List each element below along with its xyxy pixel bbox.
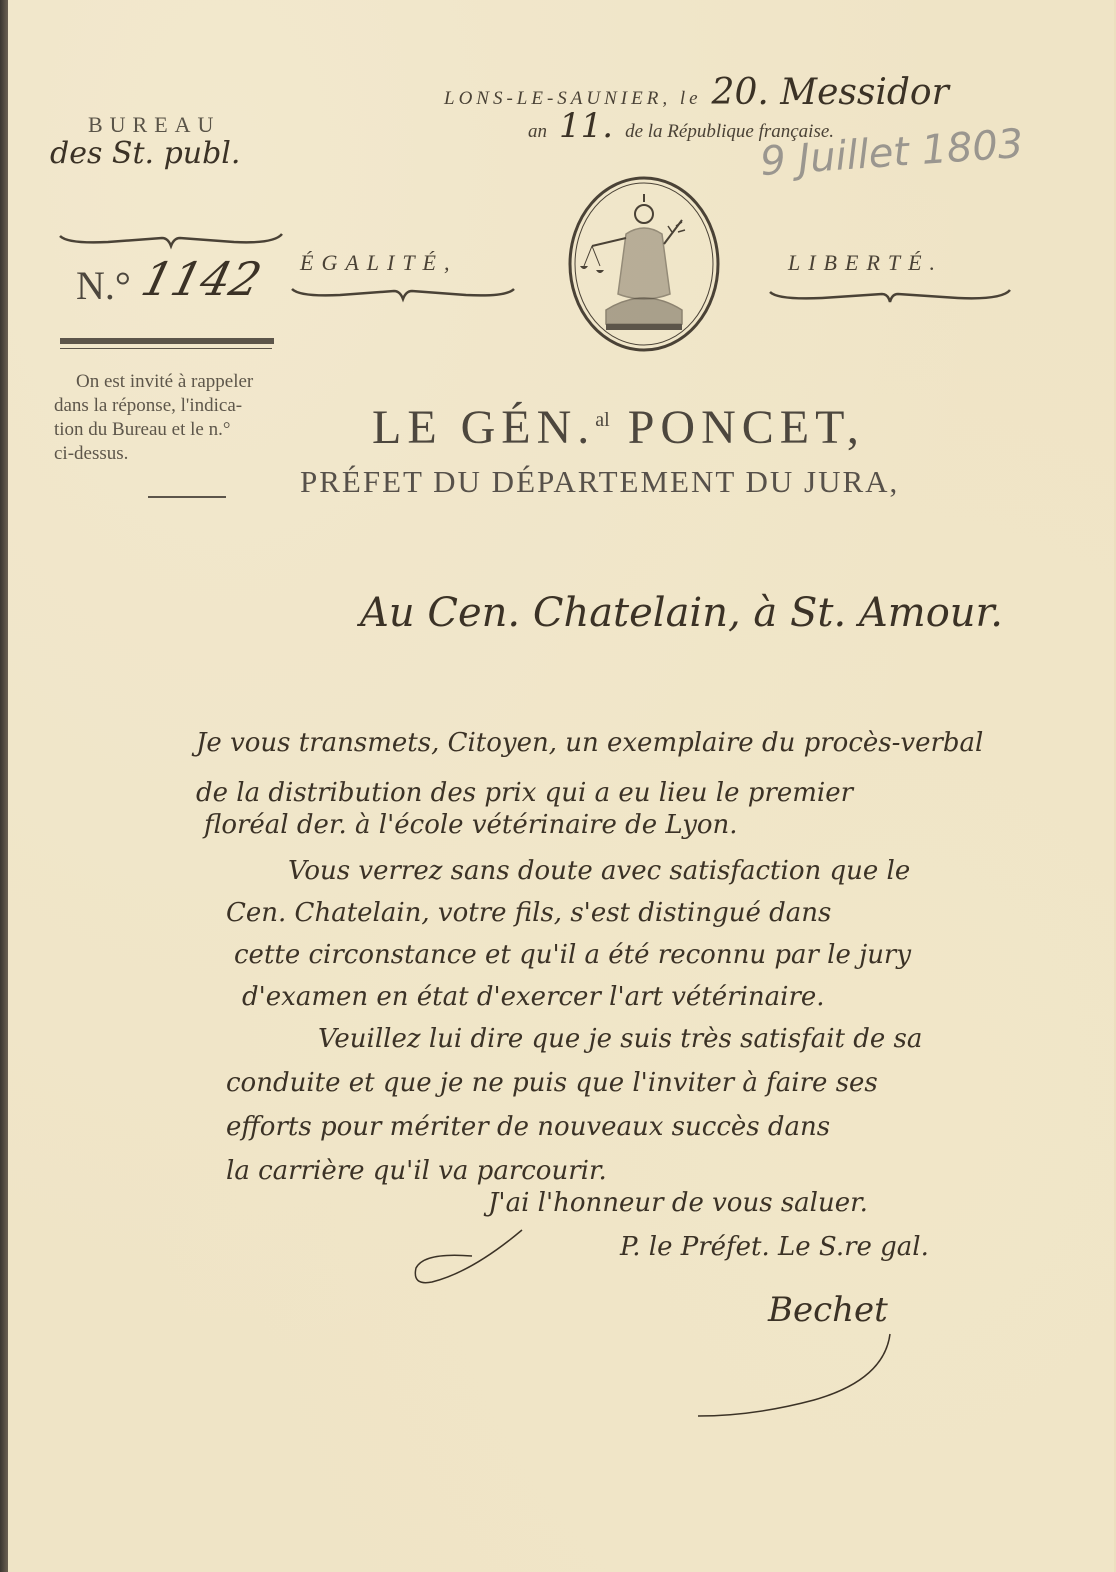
- year-handwritten: 11.: [559, 106, 613, 146]
- body-line: efforts pour mériter de nouveaux succès …: [226, 1112, 830, 1142]
- body-line: conduite et que je ne puis que l'inviter…: [226, 1068, 878, 1098]
- body-line: Vous verrez sans doute avec satisfaction…: [288, 856, 910, 886]
- letter-sheet: LONS-LE-SAUNIER, le 20. Messidor an 11. …: [8, 0, 1114, 1572]
- seal-liberty-icon: [566, 174, 722, 359]
- notice-line: On est invité à rappeler: [54, 370, 294, 394]
- body-line: la carrière qu'il va parcourir.: [226, 1156, 607, 1186]
- ornament-brace: [768, 288, 1012, 308]
- body-line: floréal der. à l'école vétérinaire de Ly…: [204, 810, 738, 840]
- motto-liberte: LIBERTÉ.: [788, 250, 943, 276]
- title-main: LE GÉN.: [372, 401, 595, 454]
- paper-edge-shadow: [0, 0, 8, 1572]
- reply-notice: On est invité à rappeler dans la réponse…: [54, 370, 294, 466]
- notice-line: tion du Bureau et le n.°: [54, 418, 294, 442]
- number-label: N.°: [76, 262, 131, 309]
- bureau-label: BUREAU: [88, 112, 220, 138]
- flourish-icon: [412, 1222, 532, 1297]
- body-line: Cen. Chatelain, votre fils, s'est distin…: [226, 898, 831, 928]
- title-name: PONCET,: [628, 401, 865, 454]
- motto-egalite: ÉGALITÉ,: [300, 250, 458, 276]
- ornament-brace: [58, 230, 284, 250]
- bureau-handwritten: des St. publ.: [50, 136, 240, 171]
- body-line: Veuillez lui dire que je suis très satis…: [318, 1024, 922, 1054]
- ornament-brace: [290, 285, 516, 305]
- title-superscript: al: [595, 409, 609, 431]
- year-prefix: an: [528, 121, 547, 142]
- notice-line: dans la réponse, l'indica-: [54, 394, 294, 418]
- rule-thin: [60, 348, 272, 349]
- signature: Bechet: [768, 1290, 888, 1330]
- signature-flourish-icon: [694, 1330, 894, 1425]
- body-line: de la distribution des prix qui a eu lie…: [196, 778, 853, 808]
- short-rule: [148, 496, 226, 498]
- recipient-address: Au Cen. Chatelain, à St. Amour.: [360, 590, 1003, 636]
- rule-thick: [60, 338, 274, 344]
- body-line: cette circonstance et qu'il a été reconn…: [234, 940, 911, 970]
- signature-title: P. le Préfet. Le S.re gal.: [620, 1232, 929, 1262]
- body-line: Je vous transmets, Citoyen, un exemplair…: [196, 728, 983, 758]
- prefect-subtitle: PRÉFET DU DÉPARTEMENT DU JURA,: [300, 464, 899, 500]
- notice-line: ci-dessus.: [54, 442, 294, 466]
- prefect-title: LE GÉN.al PONCET,: [372, 400, 865, 455]
- closing-line: J'ai l'honneur de vous saluer.: [488, 1188, 868, 1218]
- number-handwritten: 1142: [136, 252, 267, 306]
- body-line: d'examen en état d'exercer l'art vétérin…: [242, 982, 825, 1012]
